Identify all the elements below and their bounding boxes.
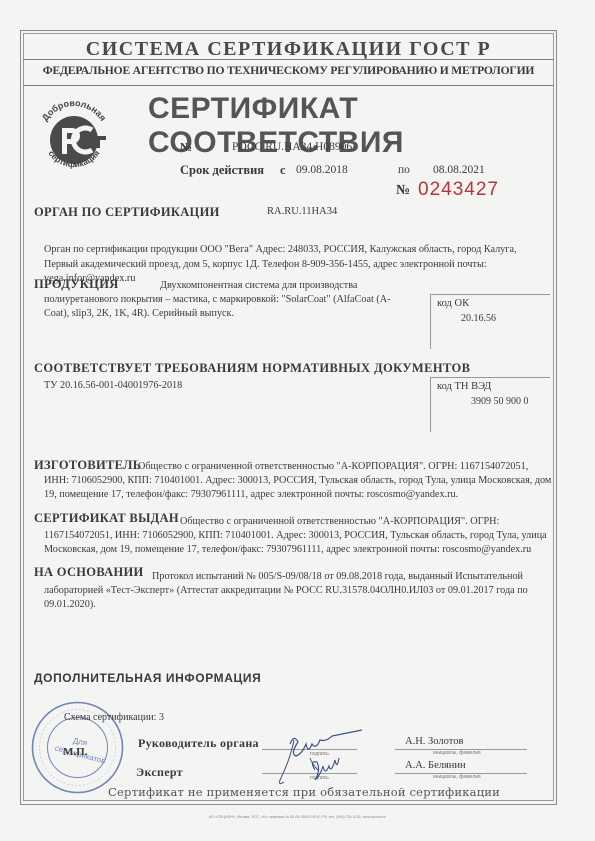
non-mandatory-notice: Сертификат не применяется при обязательн… — [108, 785, 500, 799]
tnved-code-label: код ТН ВЭД — [437, 381, 491, 392]
header-divider — [23, 59, 554, 60]
product-label: ПРОДУКЦИЯ — [34, 277, 119, 292]
conformity-label: СООТВЕТСТВУЕТ ТРЕБОВАНИЯМ НОРМАТИВНЫХ ДО… — [34, 361, 470, 376]
basis-line-3: 09.01.2020). — [44, 598, 96, 613]
ok-code-value: 20.16.56 — [461, 313, 496, 324]
serial-number: 0243427 — [418, 179, 499, 201]
valid-to-date: 08.08.2021 — [433, 164, 485, 176]
basis-label: НА ОСНОВАНИИ — [34, 565, 144, 580]
seal-placeholder-label: М.П. — [63, 745, 87, 760]
issued-to-line-3: Московская, дом 19, помещение 17, телефо… — [44, 543, 531, 558]
number-label: № — [180, 140, 192, 155]
product-line-2: полиуретанового покрытия – мастика, с ма… — [44, 293, 391, 308]
product-line-1: Двухкомпонентная система для производств… — [160, 279, 357, 294]
validity-label: Срок действия — [180, 163, 264, 178]
tnved-code-box: код ТН ВЭД 3909 50 900 0 — [430, 377, 550, 432]
issued-to-label: СЕРТИФИКАТ ВЫДАН — [34, 511, 179, 526]
tnved-code-value: 3909 50 900 0 — [471, 396, 529, 407]
certificate-title: СЕРТИФИКАТ СООТВЕТСТВИЯ — [148, 92, 595, 160]
rst-mark-icon: Добровольная сертификация — [34, 92, 114, 182]
manufacturer-line-1: Общество с ограниченной ответственностью… — [138, 460, 528, 475]
manufacturer-line-2: ИНН: 7106052900, КПП: 710401001. Адрес: … — [44, 474, 551, 489]
ok-code-label: код ОК — [437, 298, 469, 309]
gost-logo: Добровольная сертификация — [34, 92, 114, 182]
expert-name: А.А. Белянин — [405, 760, 466, 771]
manufacturer-label: ИЗГОТОВИТЕЛЬ — [34, 458, 141, 473]
basis-line-1: Протокол испытаний № 005/S-09/08/18 от 0… — [152, 570, 523, 585]
certificate-number: РОСС RU.НА34.Н08906 — [232, 141, 352, 153]
printer-footer: АО «ОПЦИОН», Москва, 2017, «Б» лицензия … — [0, 815, 595, 819]
issued-to-line-2: 1167154072051, ИНН: 7106052900, КПП: 710… — [44, 529, 547, 544]
expert-label: Эксперт — [136, 765, 183, 780]
additional-info-label: ДОПОЛНИТЕЛЬНАЯ ИНФОРМАЦИЯ — [34, 671, 261, 685]
header-divider-bottom — [23, 85, 554, 86]
certification-body-label: ОРГАН ПО СЕРТИФИКАЦИИ — [34, 205, 220, 220]
ok-code-box: код ОК 20.16.56 — [430, 294, 550, 349]
serial-label: № — [396, 183, 410, 199]
head-of-body-label: Руководитель органа — [138, 736, 259, 751]
validity-from-label: с — [280, 163, 286, 178]
valid-from-date: 09.08.2018 — [296, 164, 348, 176]
product-line-3: Coat), slip3, 2K, 1K, 4R). Серийный выпу… — [44, 307, 234, 322]
system-title: СИСТЕМА СЕРТИФИКАЦИИ ГОСТ Р — [23, 38, 554, 61]
handwritten-signatures-icon — [270, 722, 380, 792]
validity-to-label: по — [398, 164, 410, 176]
expert-name-caption: инициалы, фамилия — [433, 774, 481, 780]
manufacturer-line-3: 19, помещение 17, телефон/факс: 79307961… — [44, 488, 458, 503]
agency-title: ФЕДЕРАЛЬНОЕ АГЕНТСТВО ПО ТЕХНИЧЕСКОМУ РЕ… — [23, 64, 554, 77]
head-name-caption: инициалы, фамилия — [433, 750, 481, 756]
basis-line-2: лабораторией «Тест-Эксперт» (Аттестат ак… — [44, 584, 528, 599]
certification-body-code: RA.RU.11НА34 — [267, 206, 337, 217]
certification-scheme: Схема сертификации: 3 — [64, 711, 164, 726]
normative-document: ТУ 20.16.56-001-04001976-2018 — [44, 379, 182, 394]
issued-to-line-1: Общество с ограниченной ответственностью… — [180, 515, 499, 530]
head-name: А.Н. Золотов — [405, 736, 463, 747]
